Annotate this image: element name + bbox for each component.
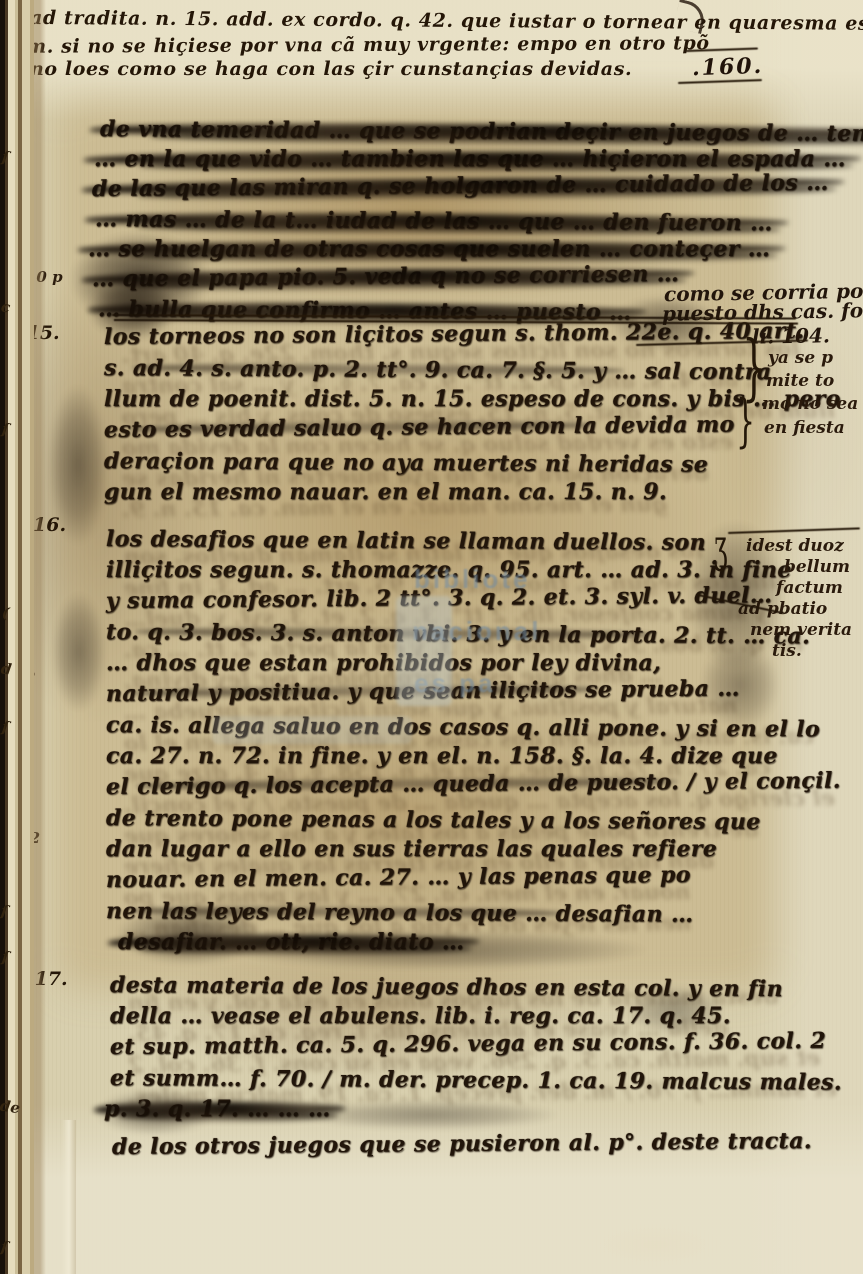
gutter-ink-mark: ſ xyxy=(0,1238,9,1257)
gutter-ink-mark: ( xyxy=(1,604,11,623)
gutter-ink-mark: ſ xyxy=(1,420,10,439)
gutter-ink-mark: d xyxy=(0,659,13,678)
page-edge-marks-layer: ſcſ(dſſſdeſ xyxy=(0,0,863,1274)
gutter-ink-mark: ſ xyxy=(1,718,10,737)
manuscript-page: ad tradita. n. 15. add. ex cordo. q. 42.… xyxy=(0,0,863,1274)
gutter-ink-mark: ſ xyxy=(0,902,9,921)
gutter-ink-mark: ſ xyxy=(1,148,10,167)
gutter-ink-mark: c xyxy=(0,297,11,316)
gutter-ink-mark: ſ xyxy=(1,948,10,967)
gutter-ink-mark: de xyxy=(0,1097,21,1118)
